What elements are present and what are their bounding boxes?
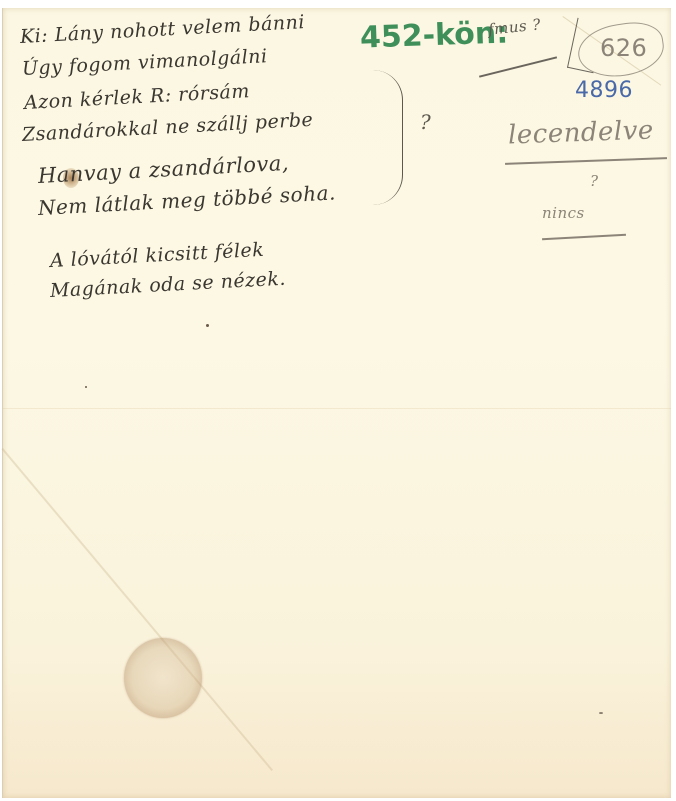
right-annotation-word: lecendelve bbox=[508, 115, 655, 150]
speck bbox=[85, 386, 87, 388]
brace-question-mark: ? bbox=[420, 110, 431, 134]
circled-number: 626 bbox=[600, 34, 647, 62]
circular-stamp bbox=[124, 638, 202, 718]
small-question-mark: ? bbox=[590, 172, 599, 190]
fold-line bbox=[3, 408, 671, 409]
speck bbox=[599, 712, 603, 714]
speck bbox=[206, 324, 209, 327]
blue-number: 4896 bbox=[575, 78, 633, 103]
small-annotation-word: nincs bbox=[542, 204, 585, 222]
diagonal-fold-line bbox=[1, 448, 273, 771]
bracket-mark bbox=[372, 70, 403, 205]
